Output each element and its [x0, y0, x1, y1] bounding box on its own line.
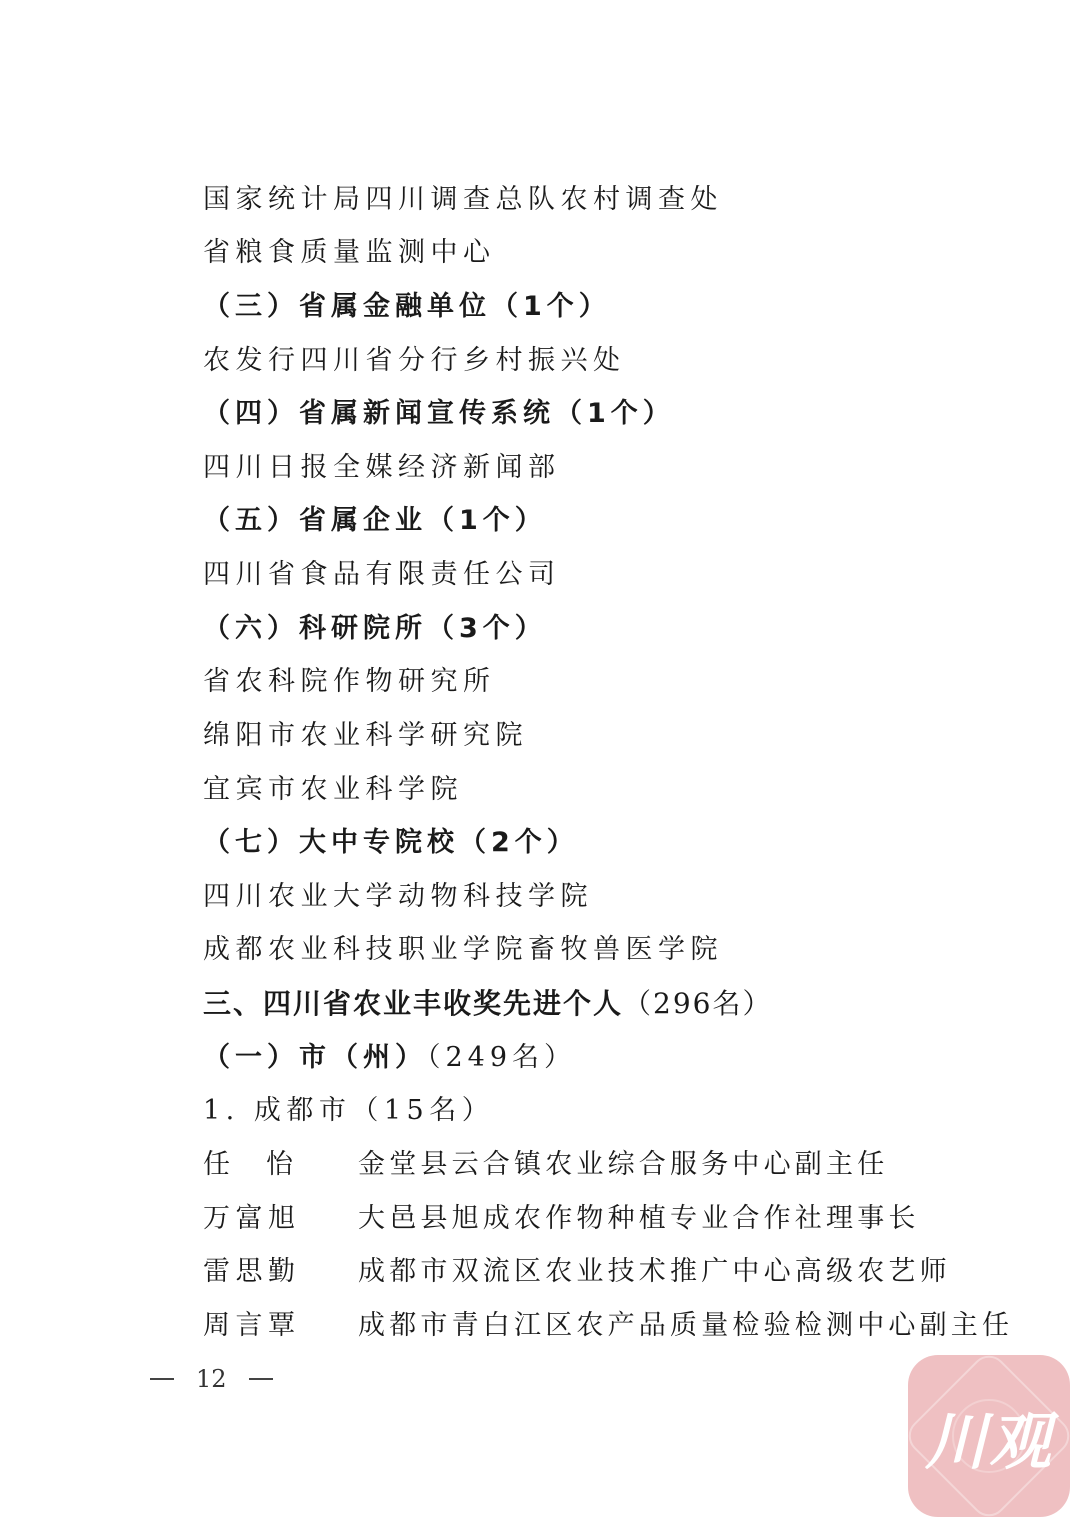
city-count: （15名）: [351, 1095, 494, 1126]
unit-item: 绵阳市农业科学研究院: [203, 716, 528, 756]
subsection-title: （一）市（州）: [203, 1042, 427, 1073]
dash-right: [249, 1378, 273, 1380]
unit-item: 成都农业科技职业学院畜牧兽医学院: [203, 930, 723, 970]
unit-item: 省农科院作物研究所: [203, 662, 496, 702]
unit-item: 四川农业大学动物科技学院: [203, 877, 593, 917]
person-title: 金堂县云合镇农业综合服务中心副主任: [358, 1145, 888, 1185]
page-number: 12: [150, 1364, 273, 1394]
category-heading: （五）省属企业（1个）: [203, 501, 547, 541]
section-heading: 三、四川省农业丰收奖先进个人（296名）: [203, 984, 772, 1024]
person-name: 万富旭: [203, 1199, 358, 1239]
person-name: 雷思勤: [203, 1252, 358, 1292]
section-title: 三、四川省农业丰收奖先进个人: [203, 987, 623, 1020]
person-row: 万富旭 大邑县旭成农作物种植专业合作社理事长: [203, 1199, 920, 1239]
person-title: 成都市青白江区农产品质量检验检测中心副主任: [358, 1306, 1013, 1346]
person-title: 成都市双流区农业技术推广中心高级农艺师: [358, 1252, 951, 1292]
category-heading: （七）大中专院校（2个）: [203, 823, 579, 863]
page-number-value: 12: [196, 1364, 227, 1394]
unit-item: 四川日报全媒经济新闻部: [203, 448, 561, 488]
person-name: 周言覃: [203, 1306, 358, 1346]
document-page: 国家统计局四川调查总队农村调查处 省粮食质量监测中心 （三）省属金融单位（1个）…: [0, 0, 1080, 1527]
section-count: （296名）: [623, 987, 772, 1020]
person-row: 周言覃 成都市青白江区农产品质量检验检测中心副主任: [203, 1306, 1013, 1346]
city-heading: 1. 成都市（15名）: [203, 1091, 494, 1131]
category-heading: （三）省属金融单位（1个）: [203, 287, 611, 327]
subsection-count: （249名）: [427, 1042, 576, 1073]
category-heading: （六）科研院所（3个）: [203, 609, 547, 649]
person-row: 任怡 金堂县云合镇农业综合服务中心副主任: [203, 1145, 888, 1185]
person-row: 雷思勤 成都市双流区农业技术推广中心高级农艺师: [203, 1252, 951, 1292]
city-title: 1. 成都市: [203, 1095, 351, 1126]
logo-text: 川观: [925, 1392, 1053, 1481]
unit-item: 国家统计局四川调查总队农村调查处: [203, 180, 723, 220]
unit-item: 农发行四川省分行乡村振兴处: [203, 341, 626, 381]
category-heading: （四）省属新闻宣传系统（1个）: [203, 394, 675, 434]
dash-left: [150, 1378, 174, 1380]
unit-item: 省粮食质量监测中心: [203, 233, 496, 273]
chuanguan-logo-watermark: 川观: [908, 1355, 1070, 1517]
unit-item: 四川省食品有限责任公司: [203, 555, 561, 595]
person-name: 任怡: [203, 1145, 358, 1185]
unit-item: 宜宾市农业科学院: [203, 770, 463, 810]
person-title: 大邑县旭成农作物种植专业合作社理事长: [358, 1199, 920, 1239]
subsection-heading: （一）市（州）（249名）: [203, 1038, 576, 1078]
